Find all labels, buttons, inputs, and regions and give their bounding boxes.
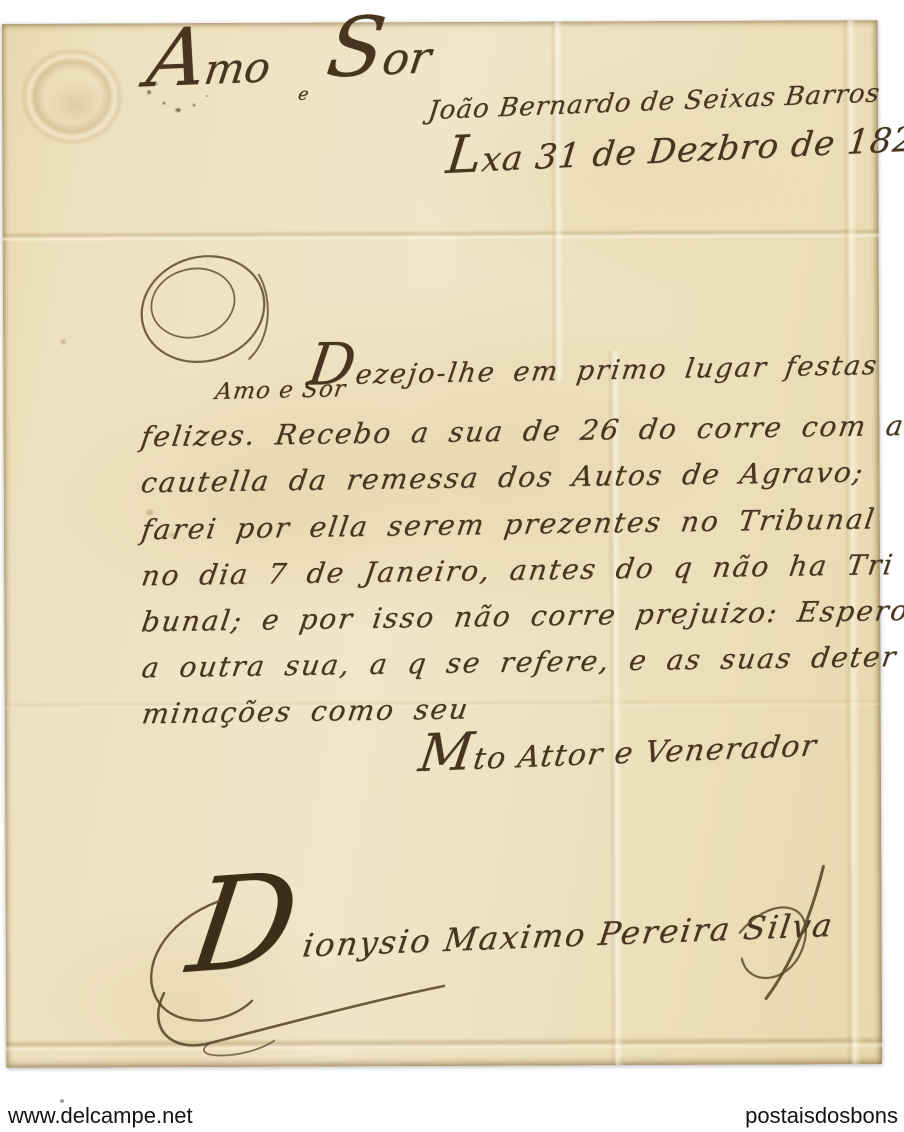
fold-crease-vertical-upper <box>550 21 565 381</box>
body-line: minações como seu <box>140 692 472 730</box>
letter-paper: Amo e Sor João Bernardo de Seixas Barros… <box>2 20 883 1068</box>
scanned-letter-page: Amo e Sor João Bernardo de Seixas Barros… <box>0 0 904 1132</box>
body-line: felizes. Recebo a sua de 26 do corre com… <box>139 409 904 453</box>
signature-name: ionysio Maximo Pereira Silva <box>300 906 836 965</box>
closing-formula: Mto Attor e Venerador <box>416 729 819 780</box>
watermark-seller: postaisdosbons <box>745 1103 898 1129</box>
recipient-name: João Bernardo de Seixas Barros <box>426 78 881 126</box>
body-line: farei por ella serem prezentes no Tribun… <box>139 502 878 546</box>
header-salutation-connector: e <box>297 85 311 105</box>
body-line: Dezejo-lhe em primo lugar festas <box>305 350 881 391</box>
watermark-delcampe: www.delcampe.net <box>8 1103 193 1129</box>
signature-initial: D <box>180 843 306 1002</box>
body-line: a outra sua, a q se refere, e as suas de… <box>140 640 900 684</box>
body-line: cautella da remessa dos Autos de Agravo; <box>139 456 867 500</box>
body-line: bunal; e por isso não corre prejuizo: Es… <box>140 594 904 638</box>
body-line: no dia 7 de Janeiro, antes do q não ha T… <box>139 548 896 592</box>
fold-crease-vertical-right <box>842 20 862 1064</box>
fold-crease-horizontal-top <box>3 228 879 242</box>
embossed-seal <box>20 47 124 145</box>
header-honorific: Sor <box>323 32 434 87</box>
fold-crease-horizontal-bottom <box>6 1036 882 1052</box>
flourish-oval <box>131 247 282 378</box>
dateline: Lxa 31 de Dezbro de 1823 <box>444 118 904 181</box>
header-salutation: Amo <box>143 42 273 96</box>
